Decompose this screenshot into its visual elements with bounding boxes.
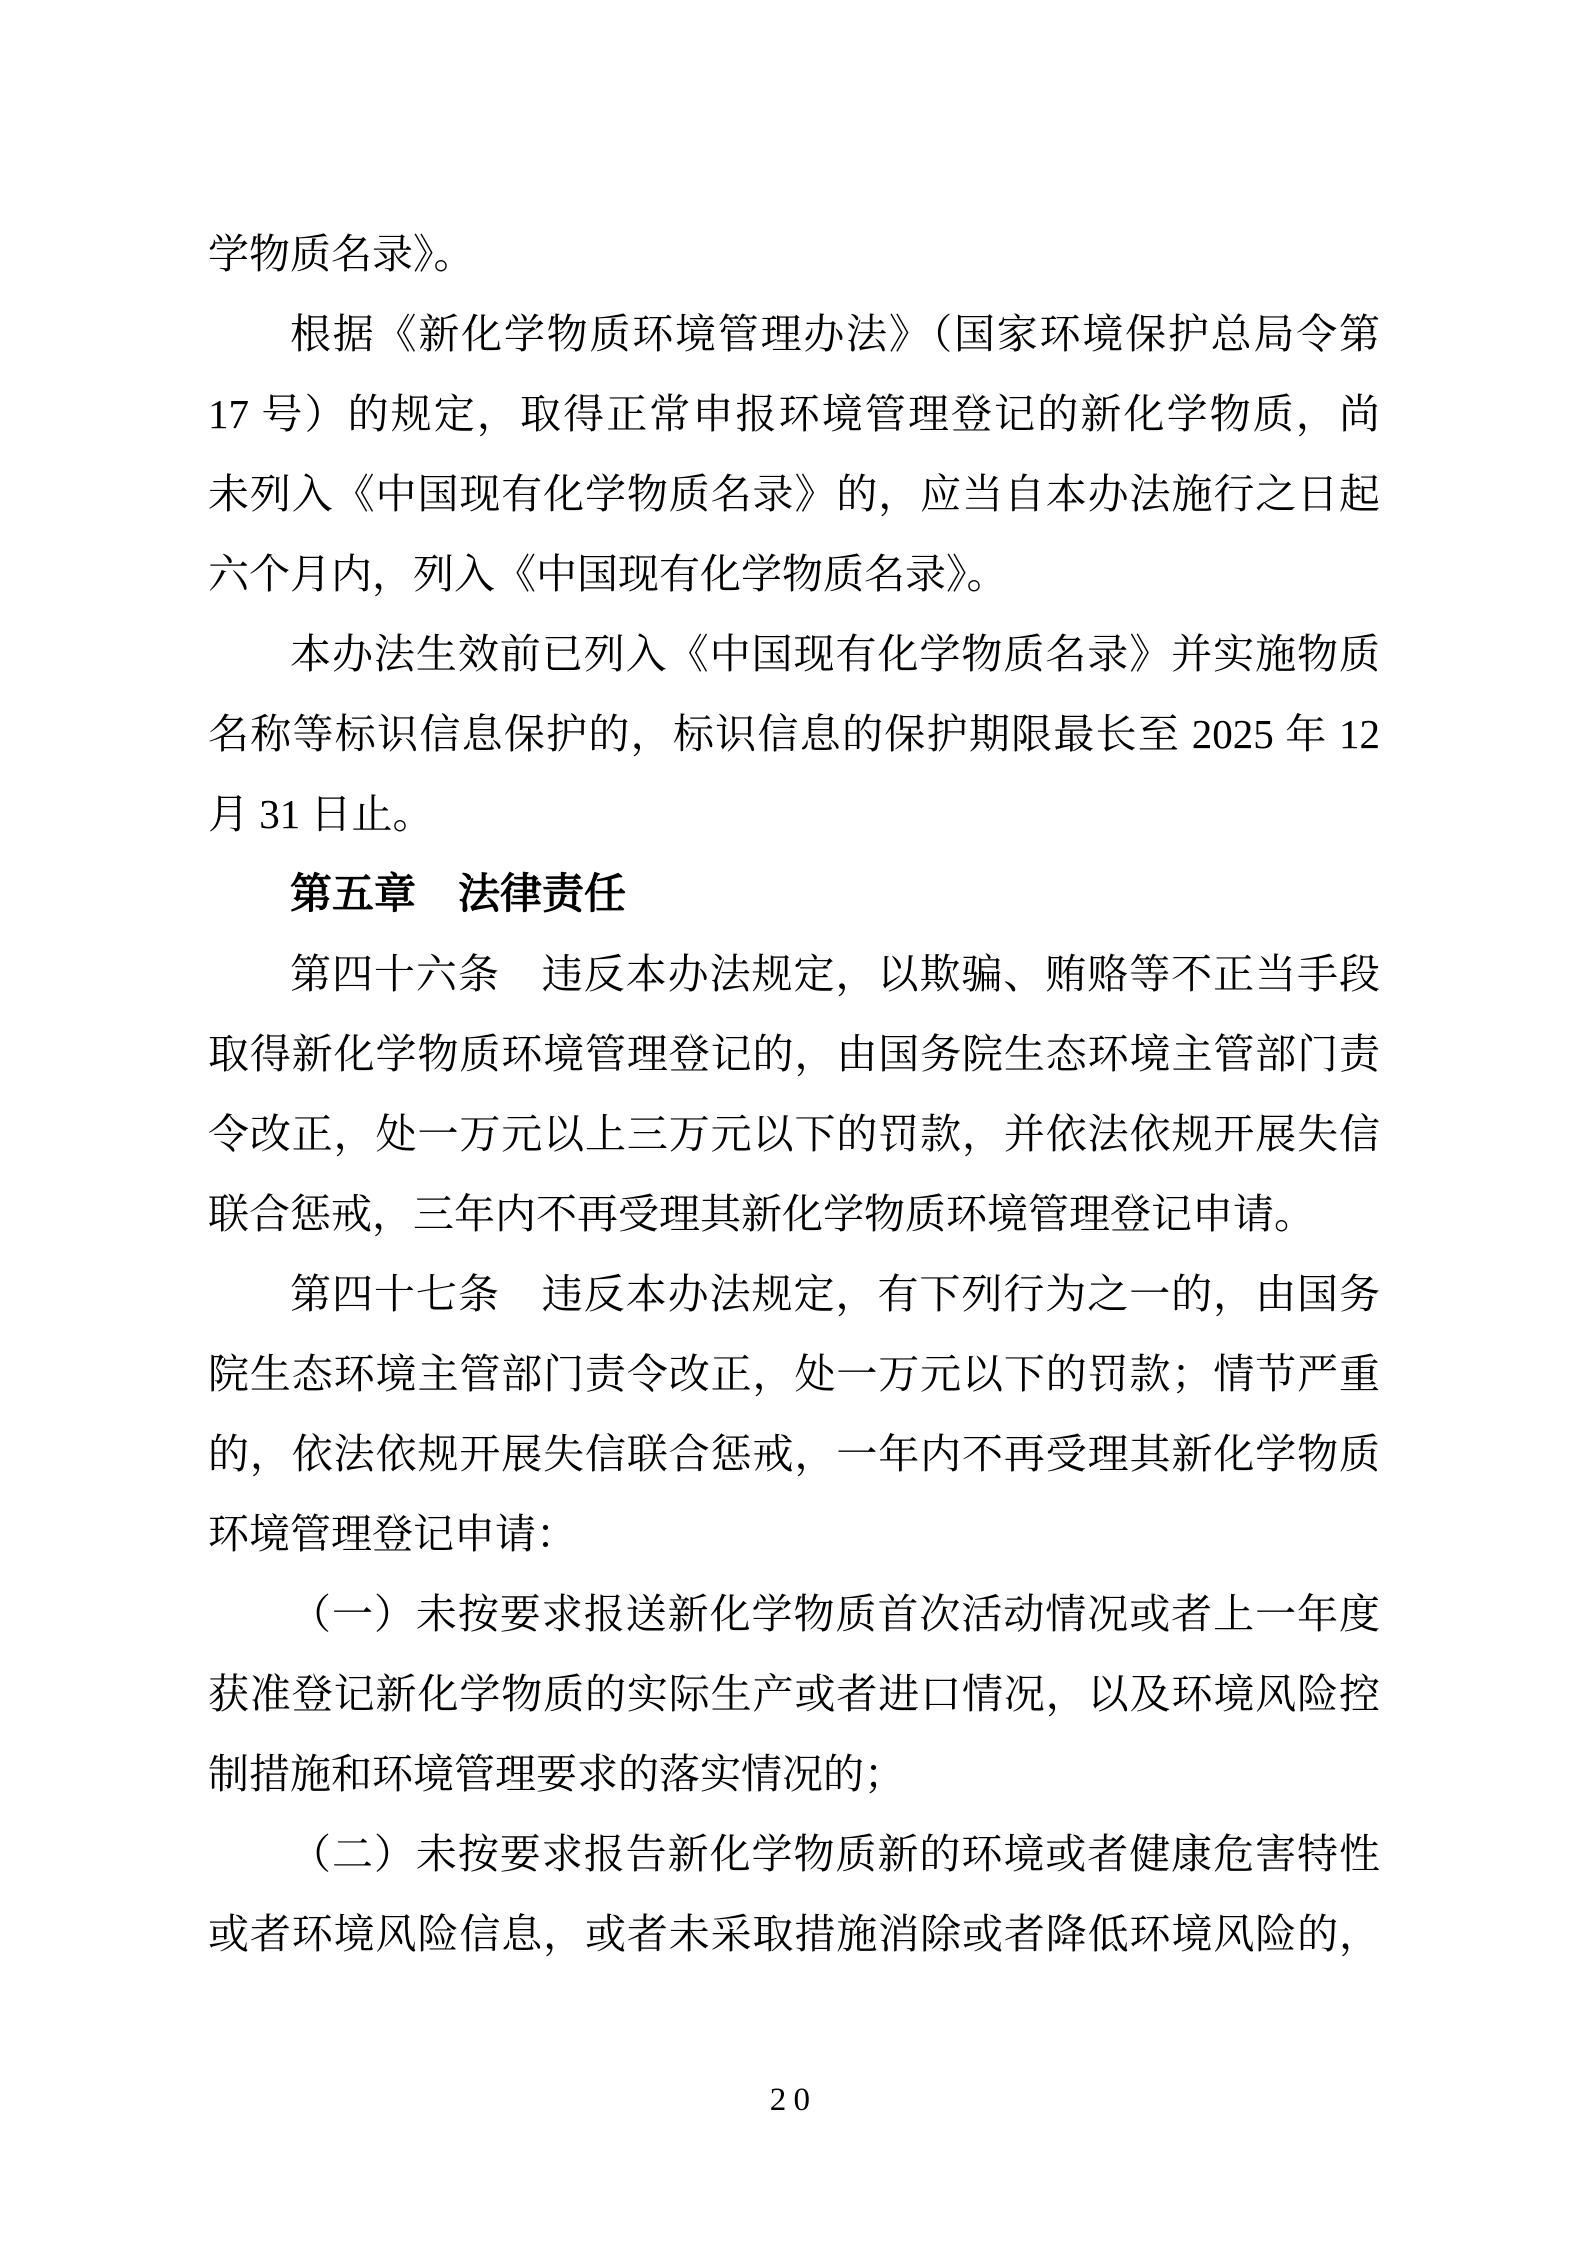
text-line: 制措施和环境管理要求的落实情况的；: [208, 1734, 1380, 1814]
text-line: 本办法生效前已列入《中国现有化学物质名录》并实施物质: [208, 614, 1380, 694]
text-line: 月 31 日止。: [208, 774, 1380, 854]
text-line: 第四十六条 违反本办法规定，以欺骗、贿赂等不正当手段: [208, 934, 1380, 1014]
text-line: （一）未按要求报送新化学物质首次活动情况或者上一年度: [208, 1574, 1380, 1654]
page-number: 20: [0, 2082, 1587, 2119]
text-line: 学物质名录》。: [208, 214, 1380, 294]
text-line: 取得新化学物质环境管理登记的，由国务院生态环境主管部门责: [208, 1014, 1380, 1094]
document-page: 学物质名录》。根据《新化学物质环境管理办法》（国家环境保护总局令第17 号）的规…: [0, 0, 1587, 2245]
text-line: 院生态环境主管部门责令改正，处一万元以下的罚款；情节严重: [208, 1334, 1380, 1414]
text-line: 联合惩戒，三年内不再受理其新化学物质环境管理登记申请。: [208, 1174, 1380, 1254]
document-body: 学物质名录》。根据《新化学物质环境管理办法》（国家环境保护总局令第17 号）的规…: [208, 214, 1380, 1974]
text-line: （二）未按要求报告新化学物质新的环境或者健康危害特性: [208, 1814, 1380, 1894]
text-line: 环境管理登记申请：: [208, 1494, 1380, 1574]
text-line: 名称等标识信息保护的，标识信息的保护期限最长至 2025 年 12: [208, 694, 1380, 774]
text-line: 令改正，处一万元以上三万元以下的罚款，并依法依规开展失信: [208, 1094, 1380, 1174]
chapter-heading: 第五章 法律责任: [208, 854, 1380, 934]
text-line: 未列入《中国现有化学物质名录》的，应当自本办法施行之日起: [208, 454, 1380, 534]
text-line: 获准登记新化学物质的实际生产或者进口情况，以及环境风险控: [208, 1654, 1380, 1734]
text-line: 或者环境风险信息，或者未采取措施消除或者降低环境风险的，: [208, 1894, 1380, 1974]
text-line: 根据《新化学物质环境管理办法》（国家环境保护总局令第: [208, 294, 1380, 374]
text-line: 17 号）的规定，取得正常申报环境管理登记的新化学物质，尚: [208, 374, 1380, 454]
text-line: 第四十七条 违反本办法规定，有下列行为之一的，由国务: [208, 1254, 1380, 1334]
text-line: 的，依法依规开展失信联合惩戒，一年内不再受理其新化学物质: [208, 1414, 1380, 1494]
text-line: 六个月内，列入《中国现有化学物质名录》。: [208, 534, 1380, 614]
